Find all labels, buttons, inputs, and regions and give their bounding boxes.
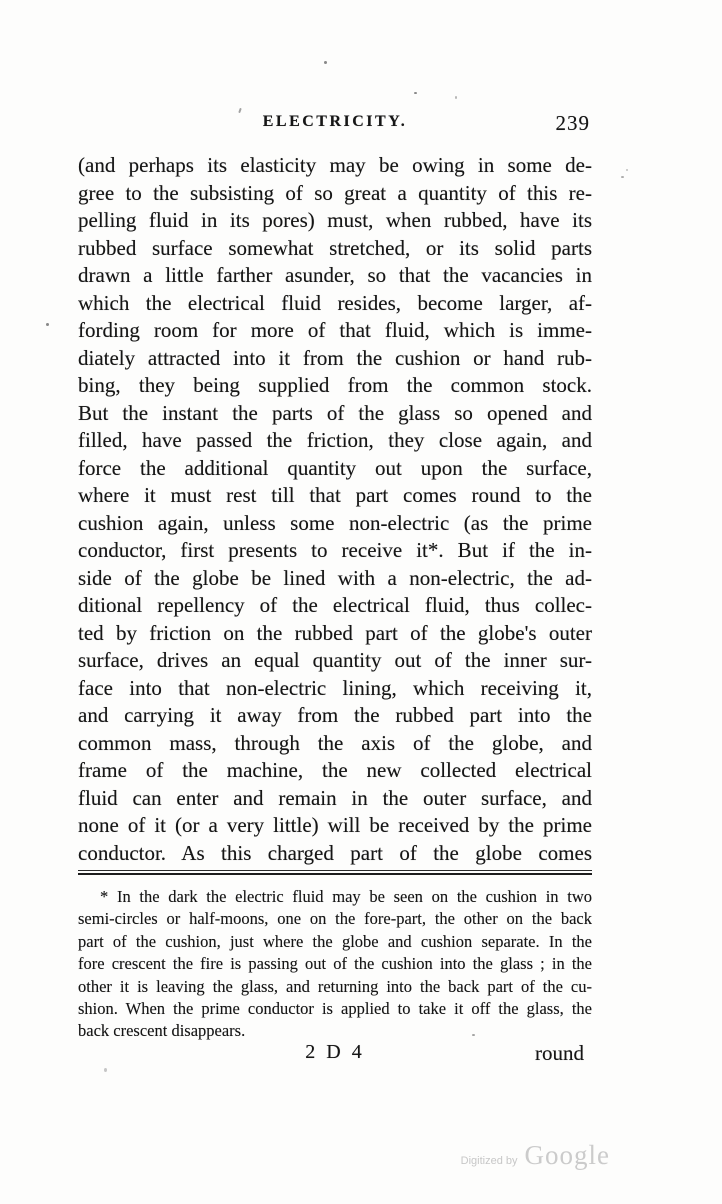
ink-speck [46, 323, 49, 326]
running-head-title: ELECTRICITY. [78, 113, 592, 131]
watermark-prefix: Digitized by [461, 1155, 518, 1167]
body-line: surface, drives an equal quantity out of… [78, 647, 592, 675]
body-line: conductor, first presents to receive it*… [78, 537, 592, 565]
gathering-signature: 2 D 4 [78, 1041, 592, 1064]
body-line: where it must rest till that part comes … [78, 482, 592, 510]
body-line: ditional repellency of the electrical fl… [78, 592, 592, 620]
body-line: force the additional quantity out upon t… [78, 455, 592, 483]
page-number: 239 [556, 111, 591, 136]
ink-speck [414, 92, 417, 94]
ink-speck [104, 1068, 107, 1072]
body-line: ted by friction on the rubbed part of th… [78, 620, 592, 648]
body-line: rubbed surface somewhat stretched, or it… [78, 235, 592, 263]
ink-speck [626, 169, 628, 171]
body-line: frame of the machine, the new collected … [78, 757, 592, 785]
body-line: face into that non-electric lining, whic… [78, 675, 592, 703]
footnote: * In the dark the electric fluid may be … [78, 886, 592, 1043]
ink-speck [621, 176, 624, 178]
running-head: ELECTRICITY. 239 [78, 113, 592, 137]
body-line: common mass, through the axis of the glo… [78, 730, 592, 758]
body-line: and carrying it away from the rubbed par… [78, 702, 592, 730]
body-line: drawn a little farther asunder, so that … [78, 262, 592, 290]
footnote-line: part of the cushion, just where the glob… [78, 931, 592, 953]
digitized-by-google-watermark: Digitized by Google [461, 1140, 610, 1171]
body-line: But the instant the parts of the glass s… [78, 400, 592, 428]
body-text: (and perhaps its elasticity may be owing… [78, 152, 592, 867]
footnote-line: back crescent disappears. [78, 1020, 592, 1042]
ink-speck [455, 96, 457, 99]
body-line: pelling fluid in its pores) must, when r… [78, 207, 592, 235]
footnote-line: other it is leaving the glass, and retur… [78, 976, 592, 998]
footnote-line: fore crescent the fire is passing out of… [78, 953, 592, 975]
ink-speck [324, 61, 327, 64]
body-line: filled, have passed the friction, they c… [78, 427, 592, 455]
body-line: fluid can enter and remain in the outer … [78, 785, 592, 813]
body-line: side of the globe be lined with a non-el… [78, 565, 592, 593]
footnote-line: shion. When the prime conductor is appli… [78, 998, 592, 1020]
catchword: round [535, 1041, 584, 1066]
body-line: fording room for more of that fluid, whi… [78, 317, 592, 345]
book-page-scan: ELECTRICITY. 239 (and perhaps its elasti… [0, 0, 722, 1204]
footnote-separator-rule [78, 870, 592, 875]
signature-row: 2 D 4 round [78, 1041, 592, 1067]
body-line: which the electrical fluid resides, beco… [78, 290, 592, 318]
body-line: (and perhaps its elasticity may be owing… [78, 152, 592, 180]
footnote-line: semi-circles or half-moons, one on the f… [78, 908, 592, 930]
ink-speck [472, 1034, 475, 1036]
body-line: bing, they being supplied from the commo… [78, 372, 592, 400]
body-line: gree to the subsisting of so great a qua… [78, 180, 592, 208]
body-line: none of it (or a very little) will be re… [78, 812, 592, 840]
google-logo: Google [525, 1140, 610, 1171]
footnote-line: * In the dark the electric fluid may be … [78, 886, 592, 908]
body-line: diately attracted into it from the cushi… [78, 345, 592, 373]
body-line: conductor. As this charged part of the g… [78, 840, 592, 868]
body-line: cushion again, unless some non-electric … [78, 510, 592, 538]
